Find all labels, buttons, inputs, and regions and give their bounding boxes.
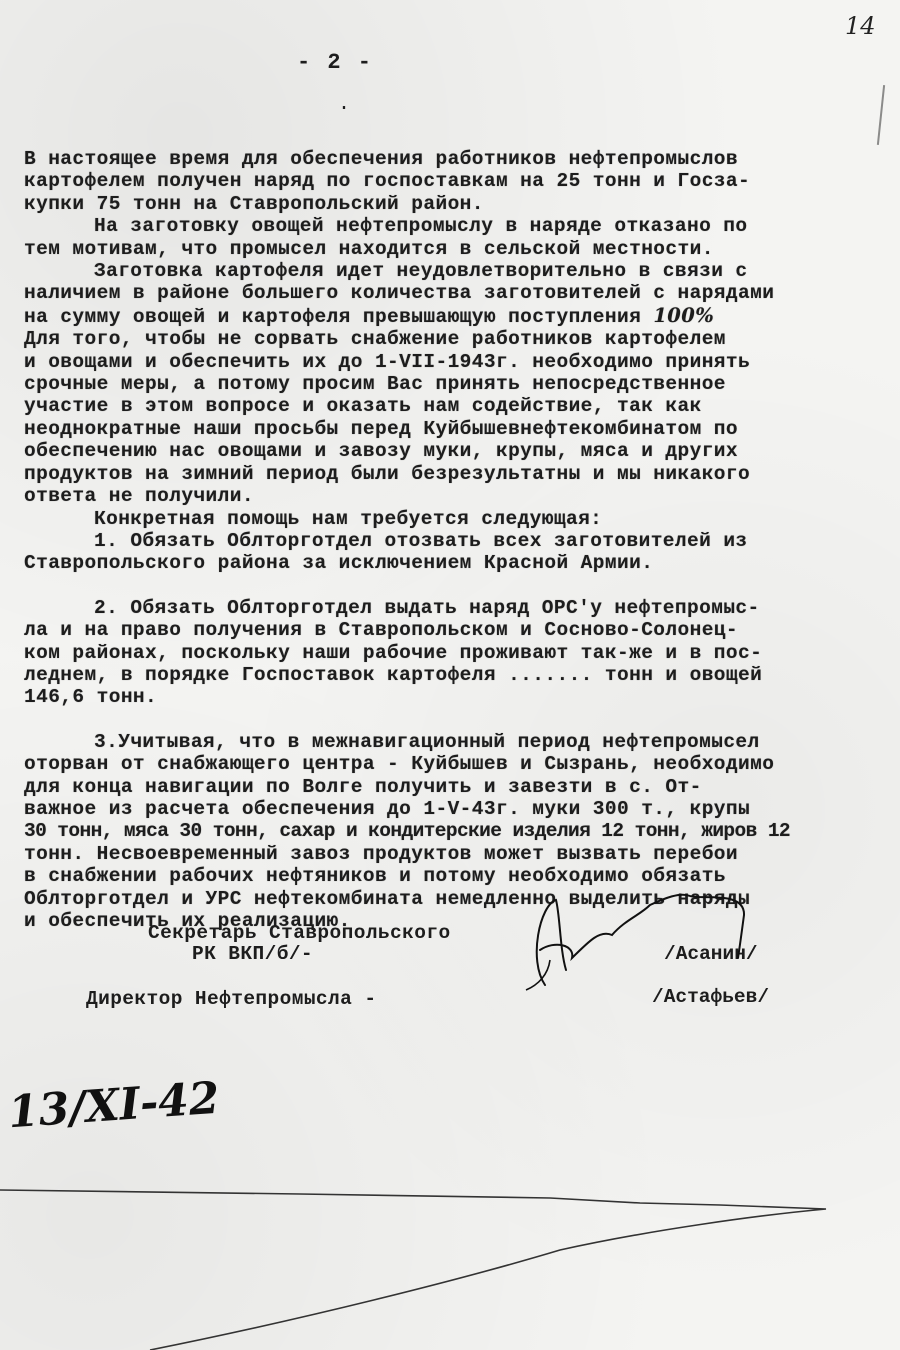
handwriting-overlay <box>0 0 900 1350</box>
handwritten-signature <box>537 895 744 985</box>
pen-stroke <box>0 1190 826 1350</box>
